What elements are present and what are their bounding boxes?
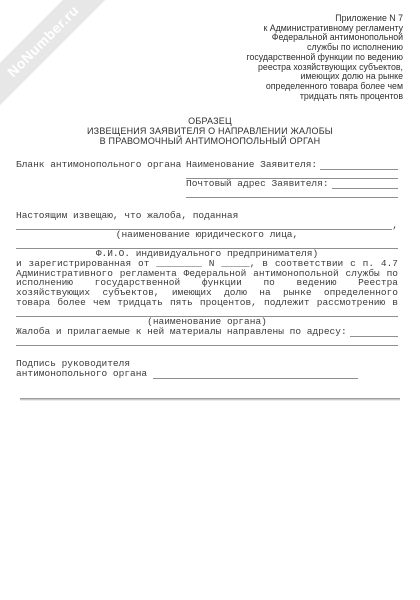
title-line: В ПРАВОМОЧНЫЙ АНТИМОНОПОЛЬНЫЙ ОРГАН <box>0 137 420 147</box>
signature-label-line: антимонопольного органа <box>16 369 147 379</box>
applicant-address-blank <box>332 181 398 189</box>
notice-paragraph: Настоящим извещаю, что жалоба, поданная … <box>16 211 398 346</box>
entity-caption-line: (наименование юридического лица, <box>16 230 398 240</box>
applicant-address-row: Почтовый адрес Заявителя: <box>186 179 398 189</box>
sent-address-row: Жалоба и прилагаемые к ней материалы нап… <box>16 327 398 337</box>
write-in-line <box>186 189 398 198</box>
applicant-address-label: Почтовый адрес Заявителя: <box>186 179 329 189</box>
appendix-header-line: тридцать пять процентов <box>0 92 403 102</box>
document-title: ОБРАЗЕЦ ИЗВЕЩЕНИЯ ЗАЯВИТЕЛЯ О НАПРАВЛЕНИ… <box>0 117 420 146</box>
applicant-name-row: Наименование Заявителя: <box>186 160 398 170</box>
write-in-line <box>16 337 398 346</box>
signature-row: антимонопольного органа <box>16 369 398 379</box>
applicant-name-label: Наименование Заявителя: <box>186 160 317 170</box>
applicant-name-blank <box>320 162 398 170</box>
signature-block: Подпись руководителя антимонопольного ор… <box>16 359 398 379</box>
horizontal-divider <box>20 398 400 401</box>
sent-address-label: Жалоба и прилагаемые к ней материалы нап… <box>16 327 347 337</box>
notice-intro-line: Настоящим извещаю, что жалоба, поданная <box>16 211 398 221</box>
trailing-comma: , <box>392 221 398 230</box>
form-body: Бланк антимонопольного органа Наименован… <box>16 160 398 379</box>
applicant-fields: Наименование Заявителя: Почтовый адрес З… <box>186 160 398 198</box>
form-header-row: Бланк антимонопольного органа Наименован… <box>16 160 398 198</box>
sent-address-blank <box>350 329 398 337</box>
signature-blank <box>153 371 358 379</box>
document-page: NoNumber.ru Приложение N 7 к Администрат… <box>0 0 420 600</box>
body-line: товара более чем тридцать пять процентов… <box>16 298 398 308</box>
org-letterhead-label: Бланк антимонопольного органа <box>16 160 181 198</box>
